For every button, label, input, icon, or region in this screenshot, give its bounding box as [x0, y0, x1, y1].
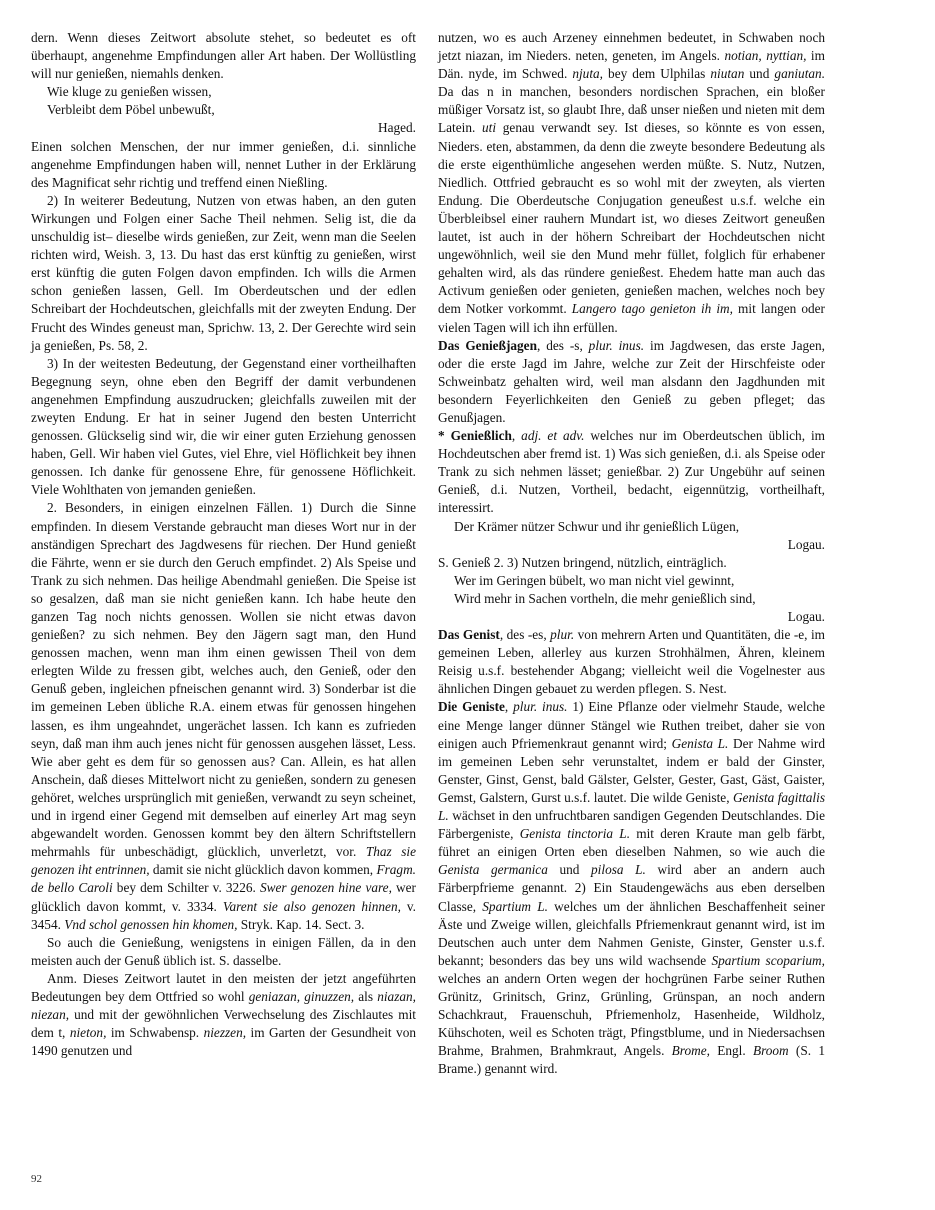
text-run: , [512, 428, 521, 443]
italic-term: plur. [550, 627, 574, 642]
headword: Die Geniste [438, 699, 505, 714]
italic-term: Spartium L. [482, 899, 548, 914]
text-run: So auch die Genießung, wenigstens in ein… [31, 935, 416, 968]
italic-term: Swer genozen hine vare, [260, 880, 392, 895]
text-run: Stryk. Kap. 14. Sect. 3. [237, 917, 364, 932]
attribution: Logau. [438, 608, 825, 626]
paragraph: Einen solchen Menschen, der nur immer ge… [31, 138, 416, 192]
text-run: Haged. [378, 120, 416, 135]
paragraph: nutzen, wo es auch Arzeney einnehmen bed… [438, 29, 825, 337]
italic-term: njuta, [572, 66, 603, 81]
right-column: nutzen, wo es auch Arzeney einnehmen bed… [438, 29, 825, 1078]
italic-term: pilosa L. [591, 862, 646, 877]
text-run: Engl. [710, 1043, 753, 1058]
verse-line: Wer im Geringen bübelt, wo man nicht vie… [438, 572, 825, 590]
page-number: 92 [31, 1173, 42, 1185]
text-run: damit sie nicht glücklich davon kommen, [150, 862, 377, 877]
italic-term: ganiutan. [774, 66, 825, 81]
text-run: Verbleibt dem Pöbel unbewußt, [47, 102, 215, 117]
verse-line: Verbleibt dem Pöbel unbewußt, [31, 101, 416, 119]
italic-term: Genista germanica [438, 862, 548, 877]
headword: Das Genist [438, 627, 500, 642]
text-run: im Schwabensp. [106, 1025, 203, 1040]
text-run: , des -s, [537, 338, 589, 353]
text-run: bey dem Ulphilas [603, 66, 710, 81]
dictionary-entry: * Genießlich, adj. et adv. welches nur i… [438, 427, 825, 517]
text-run: Der Krämer nützer Schwur und ihr genießl… [454, 519, 739, 534]
dictionary-entry: S. Genieß 2. 3) Nutzen bringend, nützlic… [438, 554, 825, 572]
paragraph: Anm. Dieses Zeitwort lautet in den meist… [31, 970, 416, 1060]
paragraph: 2) In weiterer Bedeutung, Nutzen von etw… [31, 192, 416, 355]
italic-term: Langero tago genieton ih im, [572, 301, 733, 316]
text-run: als [354, 989, 377, 1004]
italic-term: Vnd schol genossen hin khomen, [64, 917, 237, 932]
text-run: genau verwandt sey. Ist dieses, so könnt… [438, 120, 825, 316]
headword: Das Genießjagen [438, 338, 537, 353]
italic-term: plur. inus. [589, 338, 644, 353]
paragraph: dern. Wenn dieses Zeitwort absolute steh… [31, 29, 416, 83]
italic-term: niezzen, [204, 1025, 246, 1040]
italic-term: Varent sie also genozen hinnen, [223, 899, 401, 914]
italic-term: plur. inus. [513, 699, 567, 714]
paragraph: So auch die Genießung, wenigstens in ein… [31, 934, 416, 970]
italic-term: adj. et adv. [521, 428, 584, 443]
text-run: Wird mehr in Sachen vortheln, die mehr g… [454, 591, 756, 606]
dictionary-entry: Das Genist, des -es, plur. von mehrern A… [438, 626, 825, 698]
attribution: Haged. [31, 119, 416, 137]
text-run: dern. Wenn dieses Zeitwort absolute steh… [31, 30, 416, 81]
text-run: und [744, 66, 774, 81]
text-run: Wer im Geringen bübelt, wo man nicht vie… [454, 573, 734, 588]
text-run: 2) In weiterer Bedeutung, Nutzen von etw… [31, 193, 416, 353]
italic-term: uti [482, 120, 496, 135]
italic-term: Broom [753, 1043, 789, 1058]
italic-term: nieton, [70, 1025, 107, 1040]
italic-term: Brome, [672, 1043, 710, 1058]
text-run: Wie kluge zu genießen wissen, [47, 84, 212, 99]
text-run: , des -es, [500, 627, 550, 642]
dictionary-entry: Das Genießjagen, des -s, plur. inus. im … [438, 337, 825, 427]
text-run: Logau. [788, 537, 825, 552]
text-run: S. Genieß 2. 3) Nutzen bringend, nützlic… [438, 555, 727, 570]
italic-term: Spartium scoparium, [711, 953, 825, 968]
text-run: 3) In der weitesten Bedeutung, der Gegen… [31, 356, 416, 498]
dictionary-entry: Die Geniste, plur. inus. 1) Eine Pflanze… [438, 698, 825, 1078]
text-run: und [548, 862, 591, 877]
attribution: Logau. [438, 536, 825, 554]
paragraph: 3) In der weitesten Bedeutung, der Gegen… [31, 355, 416, 500]
text-run: Logau. [788, 609, 825, 624]
headword: * Genießlich [438, 428, 512, 443]
italic-term: niutan [710, 66, 744, 81]
paragraph: 2. Besonders, in einigen einzelnen Fälle… [31, 499, 416, 933]
verse-line: Wie kluge zu genießen wissen, [31, 83, 416, 101]
verse-line: Der Krämer nützer Schwur und ihr genießl… [438, 518, 825, 536]
text-run: bey dem Schilter v. 3226. [113, 880, 260, 895]
text-run: Einen solchen Menschen, der nur immer ge… [31, 139, 416, 190]
italic-term: Genista tinctoria L. [520, 826, 630, 841]
italic-term: notian, nyttian, [724, 48, 806, 63]
text-run: 2. Besonders, in einigen einzelnen Fälle… [31, 500, 416, 859]
italic-term: Genista L. [672, 736, 729, 751]
text-run: , [505, 699, 513, 714]
italic-term: geniazan, ginuzzen, [249, 989, 354, 1004]
verse-line: Wird mehr in Sachen vortheln, die mehr g… [438, 590, 825, 608]
left-column: dern. Wenn dieses Zeitwort absolute steh… [31, 29, 416, 1060]
